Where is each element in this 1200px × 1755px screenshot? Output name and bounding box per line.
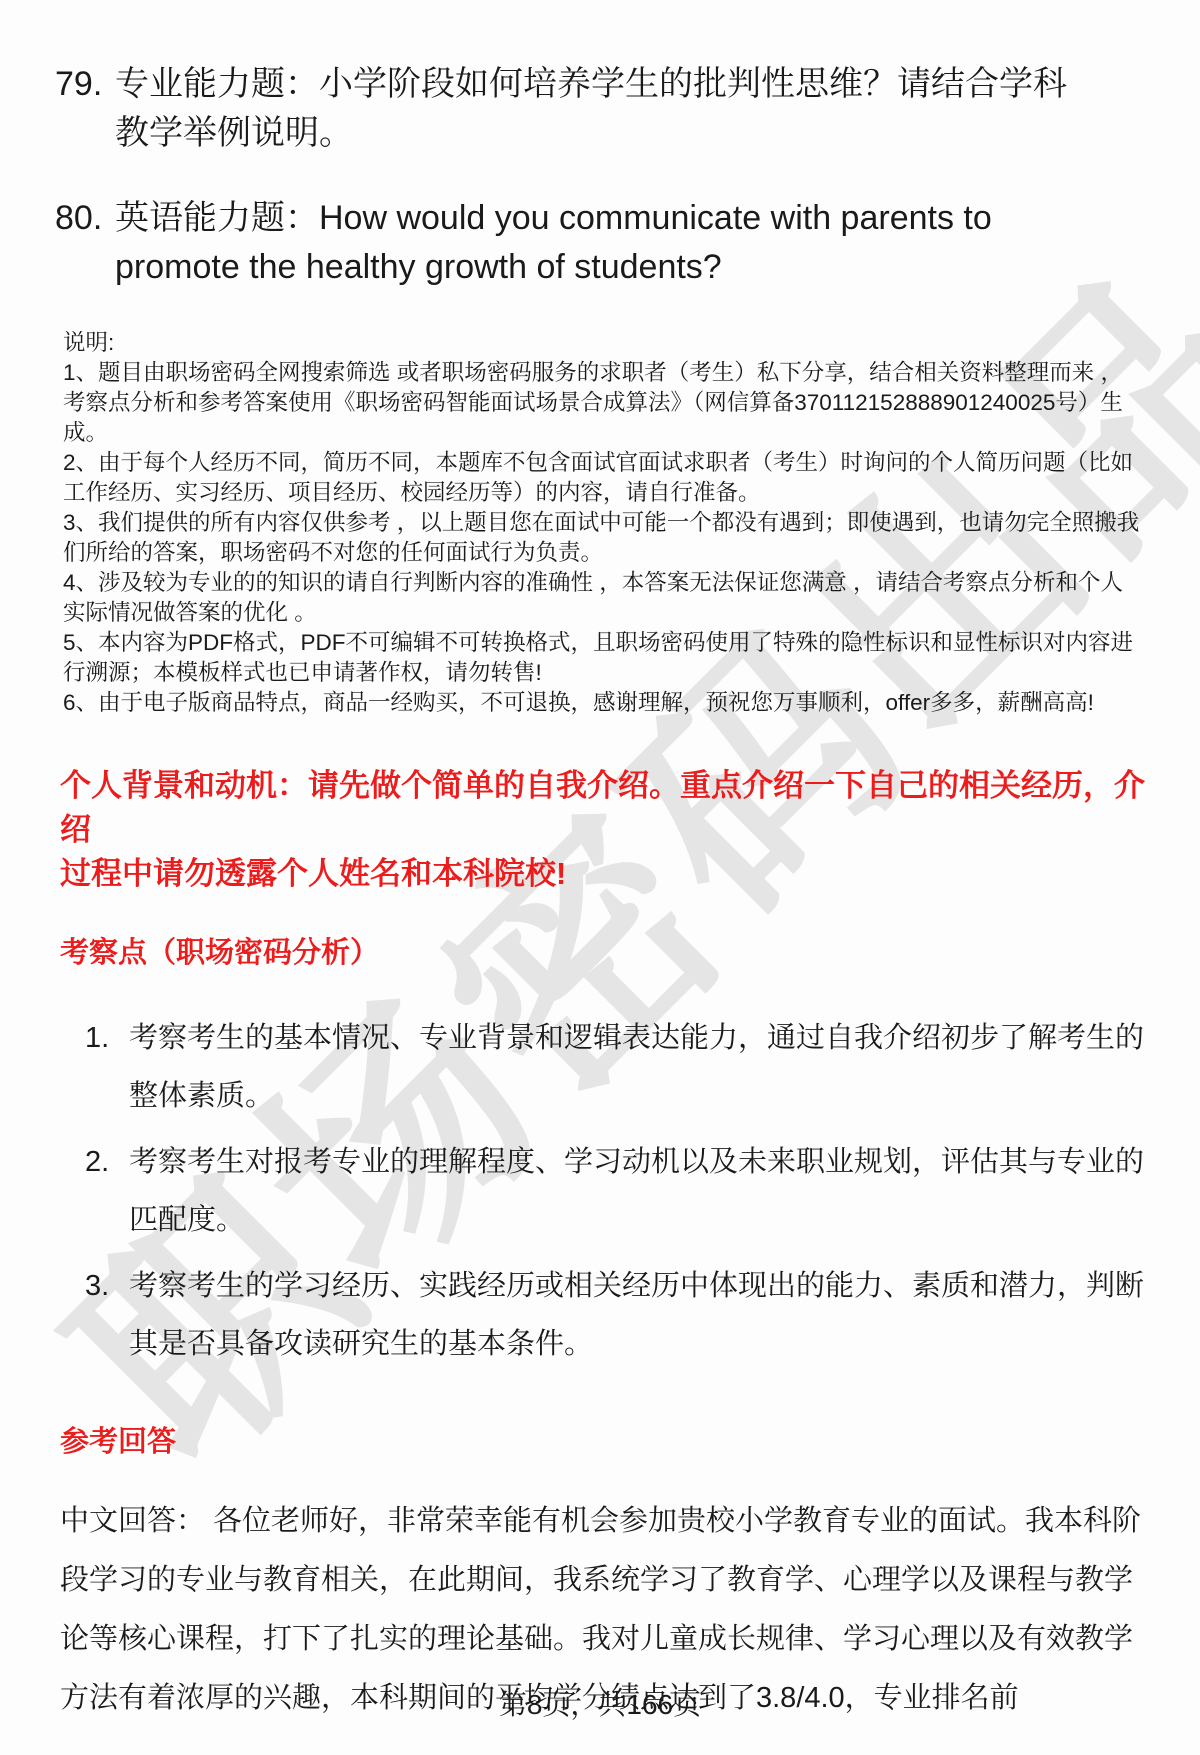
reference-answer-heading: 参考回答 — [60, 1419, 1145, 1460]
note-item-4: 4、涉及较为专业的的知识的请自行判断内容的准确性 ，本答案无法保证您满意 ，请结… — [63, 568, 1140, 628]
question-text: 英语能力题：How would you communicate with par… — [115, 194, 992, 292]
question-line: 英语能力题：How would you communicate with par… — [115, 194, 992, 243]
document-page: 职场密码出品 79. 专业能力题：小学阶段如何培养学生的批判性思维？请结合学科 … — [0, 0, 1200, 1755]
notes-title: 说明: — [63, 328, 1140, 358]
notes-block: 说明: 1、题目由职场密码全网搜索筛选 或者职场密码服务的求职者（考生）私下分享… — [63, 328, 1140, 718]
note-item-2: 2、由于每个人经历不同，简历不同，本题库不包含面试官面试求职者（考生）时询问的个… — [63, 448, 1140, 508]
background-motivation-prompt: 个人背景和动机：请先做个简单的自我介绍。重点介绍一下自己的相关经历，介绍 过程中… — [60, 764, 1145, 896]
point-number: 3. — [85, 1257, 129, 1373]
question-text: 专业能力题：小学阶段如何培养学生的批判性思维？请结合学科 教学举例说明。 — [115, 60, 1067, 158]
note-item-6: 6、由于电子版商品特点，商品一经购买，不可退换，感谢理解，预祝您万事顺利，off… — [63, 688, 1140, 718]
page-number-footer: 第8页，共166页 — [0, 1683, 1200, 1723]
question-number: 80. — [55, 194, 115, 292]
question-number: 79. — [55, 60, 115, 158]
point-number: 2. — [85, 1133, 129, 1249]
note-item-3: 3、我们提供的所有内容仅供参考 ，以上题目您在面试中可能一个都没有遇到；即使遇到… — [63, 508, 1140, 568]
analysis-point-2: 2. 考察考生对报考专业的理解程度、学习动机以及未来职业规划，评估其与专业的匹配… — [85, 1133, 1145, 1249]
point-number: 1. — [85, 1009, 129, 1125]
question-line: 专业能力题：小学阶段如何培养学生的批判性思维？请结合学科 — [115, 60, 1067, 109]
question-80: 80. 英语能力题：How would you communicate with… — [55, 194, 1145, 292]
question-line: 教学举例说明。 — [115, 109, 1067, 158]
point-text: 考察考生对报考专业的理解程度、学习动机以及未来职业规划，评估其与专业的匹配度。 — [129, 1133, 1145, 1249]
note-item-5: 5、本内容为PDF格式，PDF不可编辑不可转换格式，且职场密码使用了特殊的隐性标… — [63, 628, 1140, 688]
analysis-point-3: 3. 考察考生的学习经历、实践经历或相关经历中体现出的能力、素质和潜力，判断其是… — [85, 1257, 1145, 1373]
prompt-line: 个人背景和动机：请先做个简单的自我介绍。重点介绍一下自己的相关经历，介绍 — [60, 764, 1145, 852]
analysis-heading: 考察点（职场密码分析） — [60, 930, 1145, 971]
analysis-point-1: 1. 考察考生的基本情况、专业背景和逻辑表达能力，通过自我介绍初步了解考生的整体… — [85, 1009, 1145, 1125]
point-text: 考察考生的基本情况、专业背景和逻辑表达能力，通过自我介绍初步了解考生的整体素质。 — [129, 1009, 1145, 1125]
note-item-1: 1、题目由职场密码全网搜索筛选 或者职场密码服务的求职者（考生）私下分享，结合相… — [63, 358, 1140, 448]
question-line: promote the healthy growth of students? — [115, 243, 992, 292]
question-79: 79. 专业能力题：小学阶段如何培养学生的批判性思维？请结合学科 教学举例说明。 — [55, 60, 1145, 158]
point-text: 考察考生的学习经历、实践经历或相关经历中体现出的能力、素质和潜力，判断其是否具备… — [129, 1257, 1145, 1373]
analysis-points: 1. 考察考生的基本情况、专业背景和逻辑表达能力，通过自我介绍初步了解考生的整体… — [0, 1009, 1200, 1373]
page-content: 79. 专业能力题：小学阶段如何培养学生的批判性思维？请结合学科 教学举例说明。… — [0, 0, 1200, 1728]
prompt-line: 过程中请勿透露个人姓名和本科院校! — [60, 852, 1145, 896]
